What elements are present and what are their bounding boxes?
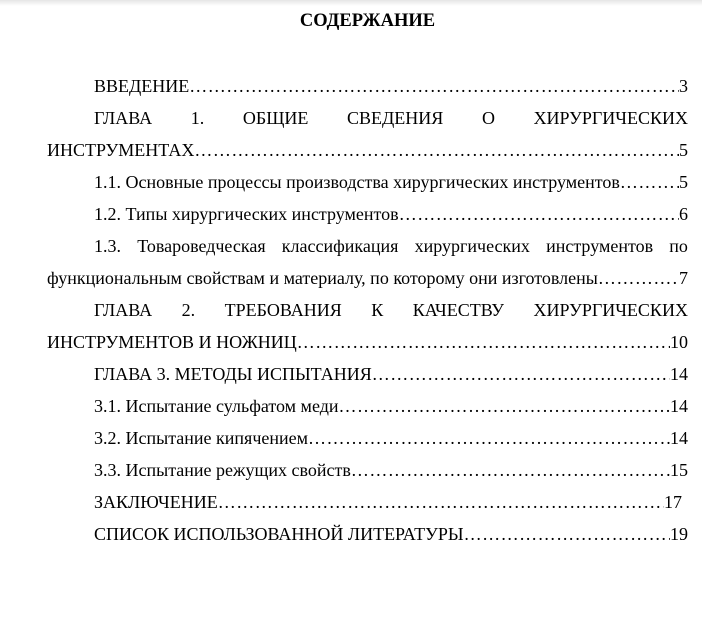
toc-page-number: 14 — [670, 390, 688, 422]
leader-dots — [598, 262, 679, 294]
toc-entry-section-3-2[interactable]: 3.2. Испытание кипячением 14 — [47, 422, 688, 454]
toc-page-number: 19 — [670, 518, 688, 550]
toc-word: 1.3. — [94, 230, 121, 262]
toc-word: КАЧЕСТВУ — [413, 294, 504, 326]
toc-page-number: 5 — [679, 134, 688, 166]
toc-word: 1. — [191, 102, 205, 134]
leader-dots — [194, 134, 679, 166]
toc-word: инструментов — [546, 230, 653, 262]
toc-page-number: 10 — [670, 326, 688, 358]
toc-entry-text: СПИСОК ИСПОЛЬЗОВАННОЙ ЛИТЕРАТУРЫ — [94, 518, 464, 550]
leader-dots — [189, 70, 679, 102]
leader-dots — [218, 486, 664, 518]
leader-dots — [620, 166, 679, 198]
toc-word: Товароведческая — [137, 230, 265, 262]
toc-word: ГЛАВА — [94, 102, 152, 134]
leader-dots — [297, 326, 670, 358]
toc-entry-text: ГЛАВА 3. МЕТОДЫ ИСПЫТАНИЯ — [94, 358, 372, 390]
toc-entry-chapter1-line2[interactable]: ИНСТРУМЕНТАХ 5 — [47, 134, 688, 166]
page-top-shadow — [0, 0, 702, 6]
toc-word: СВЕДЕНИЯ — [347, 102, 443, 134]
toc-word: ХИРУРГИЧЕСКИХ — [534, 102, 688, 134]
leader-dots — [399, 198, 679, 230]
toc-entry-conclusion[interactable]: ЗАКЛЮЧЕНИЕ 17 — [47, 486, 688, 518]
leader-dots — [308, 422, 670, 454]
toc-entry-chapter2-line1[interactable]: ГЛАВА 2. ТРЕБОВАНИЯ К КАЧЕСТВУ ХИРУРГИЧЕ… — [47, 294, 688, 326]
toc-entry-text: 1.2. Типы хирургических инструментов — [94, 198, 399, 230]
toc-word: ТРЕБОВАНИЯ — [225, 294, 342, 326]
toc-page-number: 5 — [679, 166, 688, 198]
toc-entry-chapter2-line2[interactable]: ИНСТРУМЕНТОВ И НОЖНИЦ 10 — [47, 326, 688, 358]
leader-dots — [372, 358, 670, 390]
toc-entry-text: 3.3. Испытание режущих свойств — [94, 454, 351, 486]
toc-page-number: 6 — [679, 198, 688, 230]
toc-word: К — [371, 294, 383, 326]
toc-page-number: 3 — [679, 70, 688, 102]
toc-word: 2. — [182, 294, 196, 326]
toc-entry-section-1-3-line2[interactable]: функциональным свойствам и материалу, по… — [47, 262, 688, 294]
toc-page-number: 15 — [670, 454, 688, 486]
leader-dots — [339, 390, 671, 422]
toc-word: ОБЩИЕ — [243, 102, 309, 134]
toc-entry-text: ИНСТРУМЕНТОВ И НОЖНИЦ — [47, 326, 297, 358]
toc-entry-text: 3.1. Испытание сульфатом меди — [94, 390, 339, 422]
toc-entry-text: ВВЕДЕНИЕ — [94, 70, 189, 102]
toc-entry-text: ИНСТРУМЕНТАХ — [47, 134, 194, 166]
toc-entry-section-3-1[interactable]: 3.1. Испытание сульфатом меди 14 — [47, 390, 688, 422]
toc-page-number: 7 — [679, 262, 688, 294]
toc-word: ХИРУРГИЧЕСКИХ — [534, 294, 688, 326]
toc-entry-references[interactable]: СПИСОК ИСПОЛЬЗОВАННОЙ ЛИТЕРАТУРЫ 19 — [47, 518, 688, 550]
toc-entry-intro[interactable]: ВВЕДЕНИЕ 3 — [47, 70, 688, 102]
toc-entry-chapter3[interactable]: ГЛАВА 3. МЕТОДЫ ИСПЫТАНИЯ 14 — [47, 358, 688, 390]
toc-entry-text: 3.2. Испытание кипячением — [94, 422, 308, 454]
toc-entry-text: ЗАКЛЮЧЕНИЕ — [94, 486, 218, 518]
leader-dots — [464, 518, 670, 550]
toc-entry-section-3-3[interactable]: 3.3. Испытание режущих свойств 15 — [47, 454, 688, 486]
toc-word: по — [669, 230, 688, 262]
toc-entry-section-1-1[interactable]: 1.1. Основные процессы производства хиру… — [47, 166, 688, 198]
toc-entry-section-1-3-line1[interactable]: 1.3. Товароведческая классификация хирур… — [47, 230, 688, 262]
toc-word: хирургических — [415, 230, 530, 262]
toc-page-number: 17 — [664, 486, 682, 518]
toc-page-number: 14 — [670, 358, 688, 390]
table-of-contents: ВВЕДЕНИЕ 3 ГЛАВА 1. ОБЩИЕ СВЕДЕНИЯ О ХИР… — [47, 70, 688, 550]
toc-word: ГЛАВА — [94, 294, 152, 326]
toc-word: О — [482, 102, 495, 134]
leader-dots — [351, 454, 670, 486]
toc-title: СОДЕРЖАНИЕ — [47, 9, 688, 33]
toc-page-number: 14 — [670, 422, 688, 454]
toc-entry-text: 1.1. Основные процессы производства хиру… — [94, 166, 620, 198]
toc-word: классификация — [282, 230, 399, 262]
toc-entry-text: функциональным свойствам и материалу, по… — [47, 262, 598, 294]
toc-entry-section-1-2[interactable]: 1.2. Типы хирургических инструментов 6 — [47, 198, 688, 230]
toc-entry-chapter1-line1[interactable]: ГЛАВА 1. ОБЩИЕ СВЕДЕНИЯ О ХИРУРГИЧЕСКИХ — [47, 102, 688, 134]
